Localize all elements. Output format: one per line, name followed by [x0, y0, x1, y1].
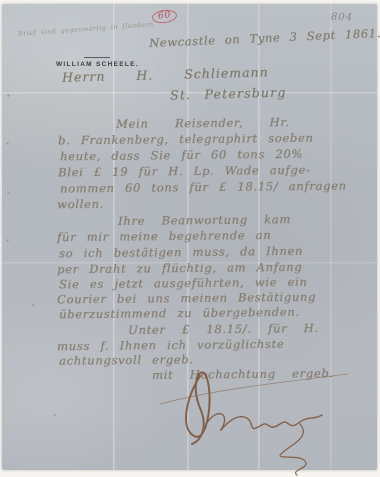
pin-hole [6, 239, 9, 242]
red-circled-number: 60 [151, 8, 178, 24]
letter-scan: { "annotations": { "pencil_note": "Brief… [0, 0, 380, 477]
page-number: 804 [331, 12, 353, 24]
signature-flourish [152, 360, 362, 477]
handwritten-line: nommen 60 tons für £ 18.15/ anfragen [60, 178, 347, 195]
handwritten-line: Courier bei uns meinen Bestätigung [57, 290, 316, 307]
handwritten-line: wollen. [57, 197, 104, 211]
handwritten-line: Mein Reisender, Hr. [116, 115, 290, 131]
handwritten-line: so ich bestätigen muss, da Ihnen [59, 244, 303, 261]
handwritten-line: überzustimmend zu übergebenden. [59, 305, 300, 322]
pin-hole [6, 142, 9, 145]
recipient-city: St. Petersburg [170, 84, 287, 102]
archival-pencil-note: Brief sind gegenwärtig in flandern [18, 20, 154, 37]
handwritten-line: b. Frankenberg, telegraphirt soeben [58, 131, 314, 148]
letterhead-name: WILLIAM SCHEELE. [56, 61, 139, 68]
letterhead-rule [84, 57, 110, 58]
paper-speck [54, 414, 56, 416]
handwritten-line: Unter £ 18.15/. für H. [128, 321, 319, 337]
pin-hole [7, 191, 10, 194]
handwritten-line: heute, dass Sie für 60 tons 20% [60, 147, 303, 164]
letterhead: WILLIAM SCHEELE. [56, 57, 139, 68]
dateline: Newcastle on Tyne 3 Sept 1861. [149, 26, 380, 50]
paper-speck [32, 304, 34, 306]
handwritten-line: muss f. Ihnen ich vorzüglichste [57, 337, 284, 353]
handwritten-line: per Draht zu flüchtig, am Anfang [57, 260, 302, 277]
letter-paper: Brief sind gegenwärtig in flandern WILLI… [2, 4, 377, 470]
handwritten-line: Sie es jetzt ausgeführten, wie ein [59, 275, 308, 292]
handwritten-line: Blei £ 19 für H. Lp. Wade aufge- [58, 163, 311, 180]
handwritten-line: Ihre Beanwortung kam [118, 212, 291, 228]
handwritten-line: für mir meine begehrende an [57, 228, 271, 244]
pin-hole [7, 94, 10, 97]
